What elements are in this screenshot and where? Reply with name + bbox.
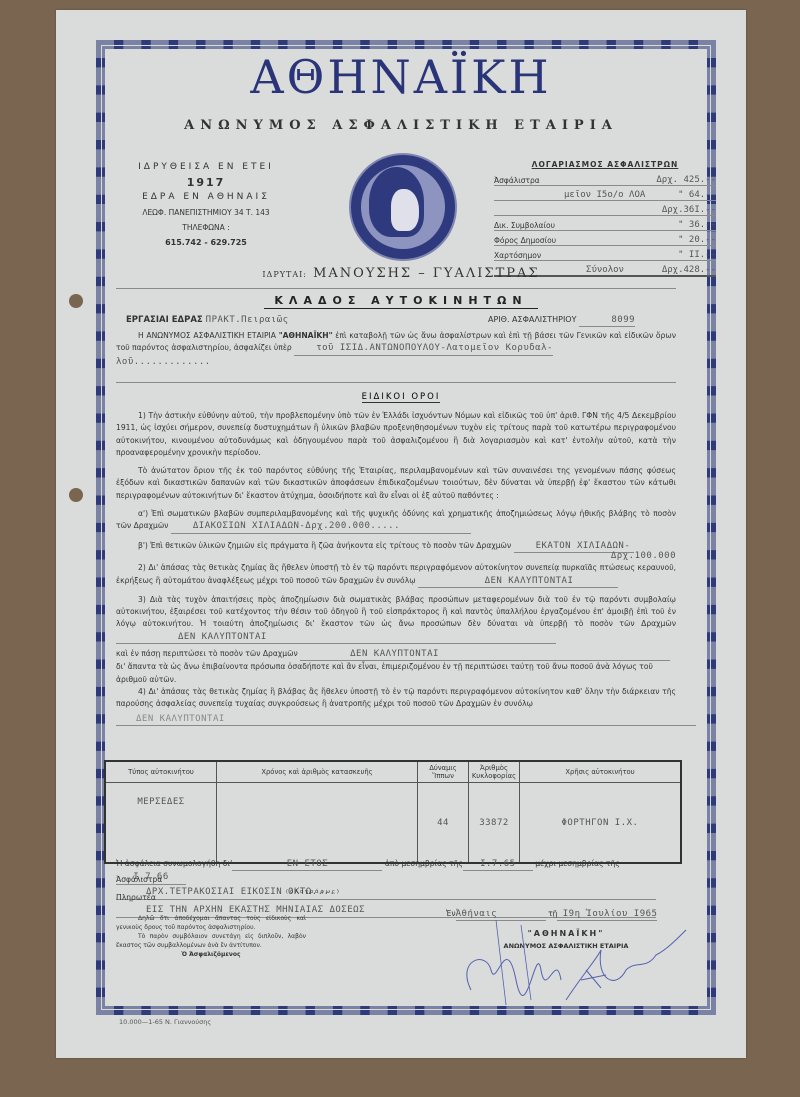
intro-paragraph: Η ΑΝΩΝΥΜΟΣ ΑΣΦΑΛΙΣΤΙΚΗ ΕΤΑΙΡΙΑ "ΑΘΗΝΑΪΚΗ… <box>116 330 676 368</box>
policy-number: ΑΡΙΘ. ΑΣΦΑΛΙΣΤΗΡΙΟΥ 8099 <box>488 314 635 327</box>
founders-label: ΙΔΡΥΤΑΙ: <box>262 270 307 279</box>
vehicle-horsepower: 44 <box>418 783 469 864</box>
athena-helmet-medallion-icon <box>349 153 457 261</box>
vehicle-table: Τύπος αὐτοκινήτου Χρόνος καὶ ἀριθμὸς κατ… <box>104 760 682 864</box>
account-row: Δικ. Συμβολαίου" 36.-- <box>494 217 716 231</box>
divider <box>116 382 676 383</box>
insurance-policy-document: ΑΘΗΝΑΪΚΗ ΑΝΩΝΥΜΟΣ ΑΣΦΑΛΙΣΤΙΚΗ ΕΤΑΙΡΙΑ ΙΔ… <box>56 10 746 1058</box>
insured-name: τοῦ ΙΣΙΔ.ΑΝΤΩΝΟΠΟΥΛΟΥ-Λατομεῖον Κορυδαλ- <box>294 342 553 355</box>
term-1: 1) Τὴν ἀστικὴν εὐθύνην αὐτοῦ, τὴν προβλε… <box>116 410 676 459</box>
account-row: ἈσφάλιστραΔρχ. 425.-- <box>494 172 716 186</box>
founders: ΙΔΡΥΤΑΙ: ΜΑΝΟΥΣΗΣ – ΓΥΑΛΙΣΤΡΑΣ <box>56 266 746 281</box>
special-terms: 1) Τὴν ἀστικὴν εὐθύνην αὐτοῦ, τὴν προβλε… <box>116 410 676 726</box>
term-limit: Τὸ ἀνώτατον ὅριον τῆς ἐκ τοῦ παρόντος εὐ… <box>116 465 676 502</box>
term-b: β') Ἐπὶ θετικῶν ὑλικῶν ζημιῶν εἰς πράγμα… <box>116 540 676 553</box>
seat: ΕΔΡΑ ΕΝ ΑΘΗΝΑΙΣ <box>111 190 301 205</box>
premium-account: ΛΟΓΑΡΙΑΣΜΟΣ ΑΣΦΑΛΙΣΤΡΩΝ ἈσφάλιστραΔρχ. 4… <box>494 160 716 278</box>
account-row: μεῖον I5ο/ο ΛΟΑ" 64.-- <box>494 187 716 201</box>
term-2: 2) Δι' ἁπάσας τὰς θετικὰς ζημίας ἃς ἤθελ… <box>116 562 676 588</box>
printer-note: 10.000—1-65 Ν. Γιαννούσης <box>119 1018 211 1026</box>
table-row: ΜΕΡΣΕΔΕΣ 44 33872 ΦΟΡΤΗΓΟΝ Ι.Χ. <box>105 783 681 864</box>
divider <box>116 288 676 289</box>
address: ΛΕΩΦ. ΠΑΝΕΠΙΣΤΗΜΙΟΥ 34 Τ. 143 <box>111 205 301 220</box>
term-a: α') Ἐπὶ σωματικῶν βλαβῶν συμπεριλαμβανομ… <box>116 508 676 534</box>
premium-account-title: ΛΟΓΑΡΙΑΣΜΟΣ ΑΣΦΑΛΙΣΤΡΩΝ <box>494 160 716 169</box>
term-4: 4) Δι' ἁπάσας τὰς θετικὰς ζημίας ἢ βλάβα… <box>116 686 676 711</box>
vehicle-usage: ΦΟΡΤΗΓΟΝ Ι.Χ. <box>520 783 682 864</box>
office: ΕΡΓΑΣΙΑΙ ΕΔΡΑΣ ΠΡΑΚΤ.Πειραιῶς <box>126 314 289 326</box>
term-3: 3) Διὰ τὰς τυχὸν ἀπαιτήσεις πρὸς ἀποζημί… <box>116 594 676 644</box>
vehicle-year <box>217 783 418 864</box>
table-header-row: Τύπος αὐτοκινήτου Χρόνος καὶ ἀριθμὸς κατ… <box>105 761 681 783</box>
handwritten-signatures <box>446 910 706 1010</box>
founders-names: ΜΑΝΟΥΣΗΣ – ΓΥΑΛΙΣΤΡΑΣ <box>313 266 540 281</box>
branch-title: ΚΛΑΔΟΣ ΑΥΤΟΚΙΝΗΤΩΝ <box>56 294 746 307</box>
vehicle-plate: 33872 <box>469 783 520 864</box>
company-info: ΙΔΡΥΘΕΙΣΑ ΕΝ ΕΤΕΙ 1917 ΕΔΡΑ ΕΝ ΑΘΗΝΑΙΣ Λ… <box>111 160 301 250</box>
account-row: Χαρτόσημον" II.-- <box>494 247 716 261</box>
account-row: Δρχ.36I.-- <box>494 202 716 216</box>
declaration: Δηλῶ ὅτι ἀποδέχομαι ἅπαντας τοὺς εἰδικοὺ… <box>116 914 306 959</box>
special-terms-title: ΕΙΔΙΚΟΙ ΟΡΟΙ <box>56 392 746 402</box>
punch-hole <box>69 488 83 502</box>
phones: 615.742 - 629.725 <box>111 235 301 250</box>
founded-year: 1917 <box>111 175 301 190</box>
company-subtitle: ΑΝΩΝΥΜΟΣ ΑΣΦΑΛΙΣΤΙΚΗ ΕΤΑΙΡΙΑ <box>56 118 746 133</box>
vehicle-type: ΜΕΡΣΕΔΕΣ <box>105 783 217 864</box>
company-name: ΑΘΗΝΑΪΚΗ <box>56 50 746 104</box>
founded-label: ΙΔΡΥΘΕΙΣΑ ΕΝ ΕΤΕΙ <box>111 160 301 175</box>
phones-label: ΤΗΛΕΦΩΝΑ : <box>111 220 301 235</box>
policy-number-value: 8099 <box>579 314 635 327</box>
office-value: ΠΡΑΚΤ.Πειραιῶς <box>206 315 289 325</box>
account-row: Φόρος Δημοσίου" 20.-- <box>494 232 716 246</box>
